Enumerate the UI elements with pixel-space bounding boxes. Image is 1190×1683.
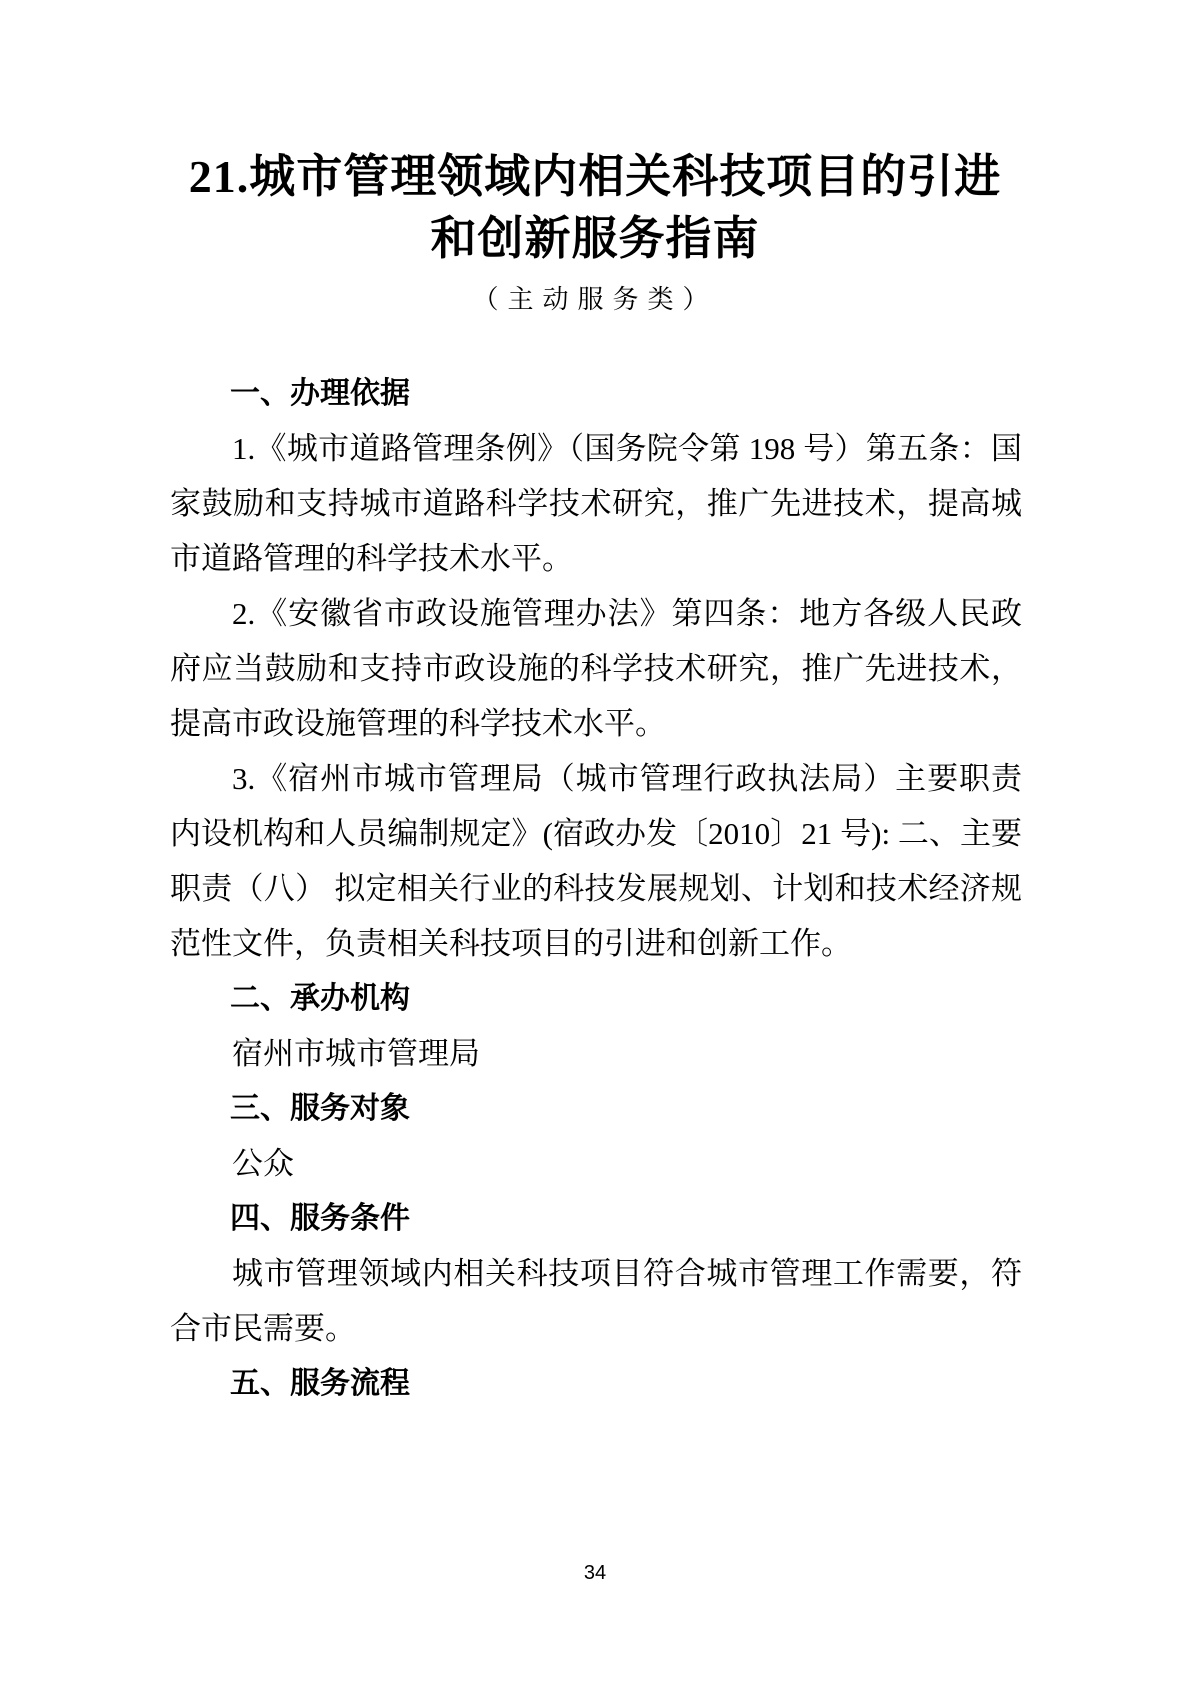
paragraph-agency: 宿州市城市管理局 [170,1026,1022,1081]
paragraph-basis-3: 3.《宿州市城市管理局（城市管理行政执法局）主要职责内设机构和人员编制规定》(宿… [170,751,1022,971]
section-heading-target: 三、服务对象 [170,1081,1022,1136]
section-heading-process: 五、服务流程 [170,1356,1022,1411]
paragraph-conditions: 城市管理领域内相关科技项目符合城市管理工作需要，符合市民需要。 [170,1246,1022,1356]
title-line-2: 和创新服务指南 [0,208,1190,270]
section-heading-conditions: 四、服务条件 [170,1191,1022,1246]
document-body: 一、办理依据 1.《城市道路管理条例》（国务院令第 198 号）第五条：国家鼓励… [170,366,1022,1411]
paragraph-basis-1: 1.《城市道路管理条例》（国务院令第 198 号）第五条：国家鼓励和支持城市道路… [170,421,1022,586]
section-heading-agency: 二、承办机构 [170,971,1022,1026]
section-heading-basis: 一、办理依据 [170,366,1022,421]
document-page: 21.城市管理领域内相关科技项目的引进 和创新服务指南 （主动服务类） 一、办理… [0,0,1190,1683]
title-line-1: 21.城市管理领域内相关科技项目的引进 [0,146,1190,208]
paragraph-basis-2: 2.《安徽省市政设施管理办法》第四条：地方各级人民政府应当鼓励和支持市政设施的科… [170,586,1022,751]
page-number: 34 [0,1562,1190,1585]
document-subtitle: （主动服务类） [0,280,1190,320]
document-title: 21.城市管理领域内相关科技项目的引进 和创新服务指南 [0,146,1190,270]
paragraph-target: 公众 [170,1136,1022,1191]
